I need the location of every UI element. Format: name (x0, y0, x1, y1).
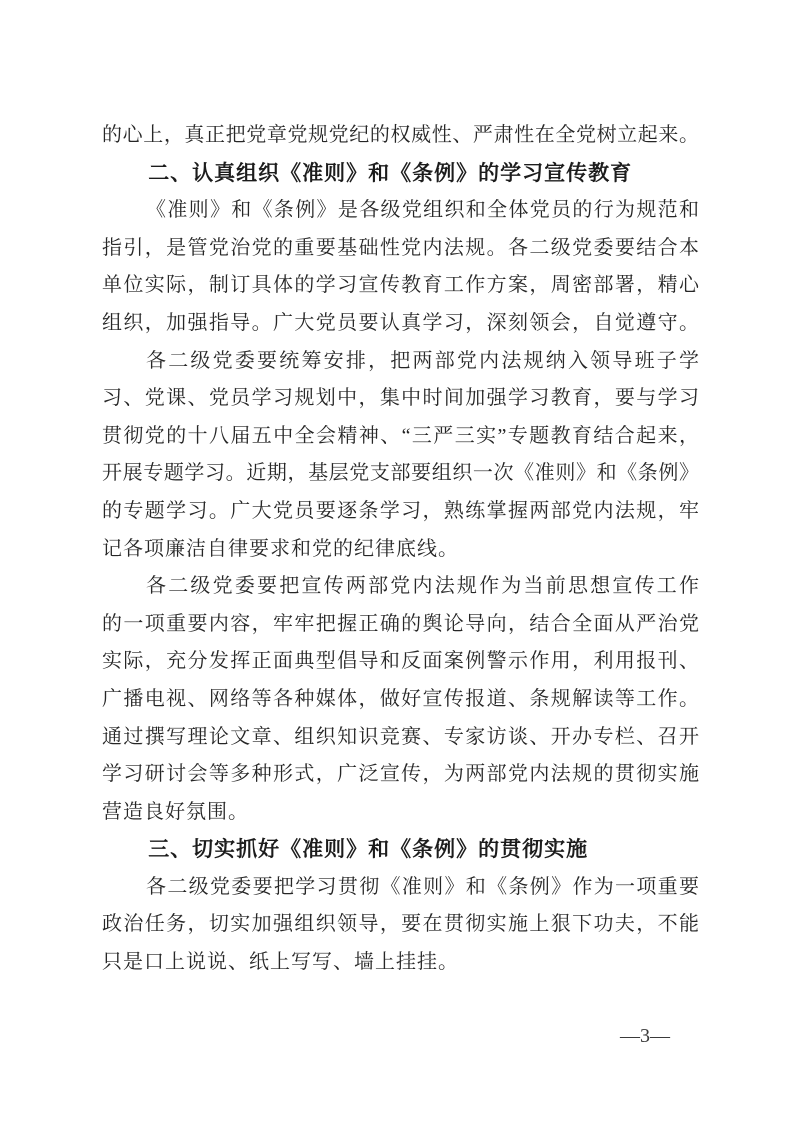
document-page: 的心上，真正把党章党规党纪的权威性、严肃性在全党树立起来。二、认真组织《准则》和… (0, 0, 799, 1131)
text-line: 指引，是管党治党的重要基础性党内法规。各二级党委要结合本 (102, 230, 699, 268)
text-line: 贯彻党的十八届五中全会精神、“三严三实”专题教育结合起来， (102, 418, 699, 456)
text-line: 学习研讨会等多种形式，广泛宣传，为两部党内法规的贯彻实施 (102, 756, 699, 794)
text-line: 只是口上说说、纸上写写、墙上挂挂。 (102, 944, 699, 982)
text-line: 各二级党委要把学习贯彻《准则》和《条例》作为一项重要 (102, 869, 699, 907)
text-line: 的专题学习。广大党员要逐条学习，熟练掌握两部党内法规，牢 (102, 493, 699, 531)
text-line: 习、党课、党员学习规划中，集中时间加强学习教育，要与学习 (102, 380, 699, 418)
text-line: 的一项重要内容，牢牢把握正确的舆论导向，结合全面从严治党 (102, 606, 699, 644)
text-line: 单位实际，制订具体的学习宣传教育工作方案，周密部署，精心 (102, 267, 699, 305)
text-line: 各二级党委要统筹安排，把两部党内法规纳入领导班子学 (102, 343, 699, 381)
text-line: 实际，充分发挥正面典型倡导和反面案例警示作用，利用报刊、 (102, 643, 699, 681)
section-heading: 三、切实抓好《准则》和《条例》的贯彻实施 (102, 831, 699, 869)
text-line: 开展专题学习。近期，基层党支部要组织一次《准则》和《条例》 (102, 455, 699, 493)
text-line: 营造良好氛围。 (102, 794, 699, 832)
page-number: —3— (620, 1023, 680, 1049)
text-line: 《准则》和《条例》是各级党组织和全体党员的行为规范和 (102, 192, 699, 230)
text-line: 记各项廉洁自律要求和党的纪律底线。 (102, 531, 699, 569)
text-line: 广播电视、网络等各种媒体，做好宣传报道、条规解读等工作。 (102, 681, 699, 719)
text-line: 各二级党委要把宣传两部党内法规作为当前思想宣传工作 (102, 568, 699, 606)
text-line: 政治任务，切实加强组织领导，要在贯彻实施上狠下功夫，不能 (102, 906, 699, 944)
section-heading: 二、认真组织《准则》和《条例》的学习宣传教育 (102, 155, 699, 193)
text-line: 的心上，真正把党章党规党纪的权威性、严肃性在全党树立起来。 (102, 117, 699, 155)
document-body: 的心上，真正把党章党规党纪的权威性、严肃性在全党树立起来。二、认真组织《准则》和… (102, 117, 699, 982)
text-line: 通过撰写理论文章、组织知识竞赛、专家访谈、开办专栏、召开 (102, 719, 699, 757)
text-line: 组织，加强指导。广大党员要认真学习，深刻领会，自觉遵守。 (102, 305, 699, 343)
